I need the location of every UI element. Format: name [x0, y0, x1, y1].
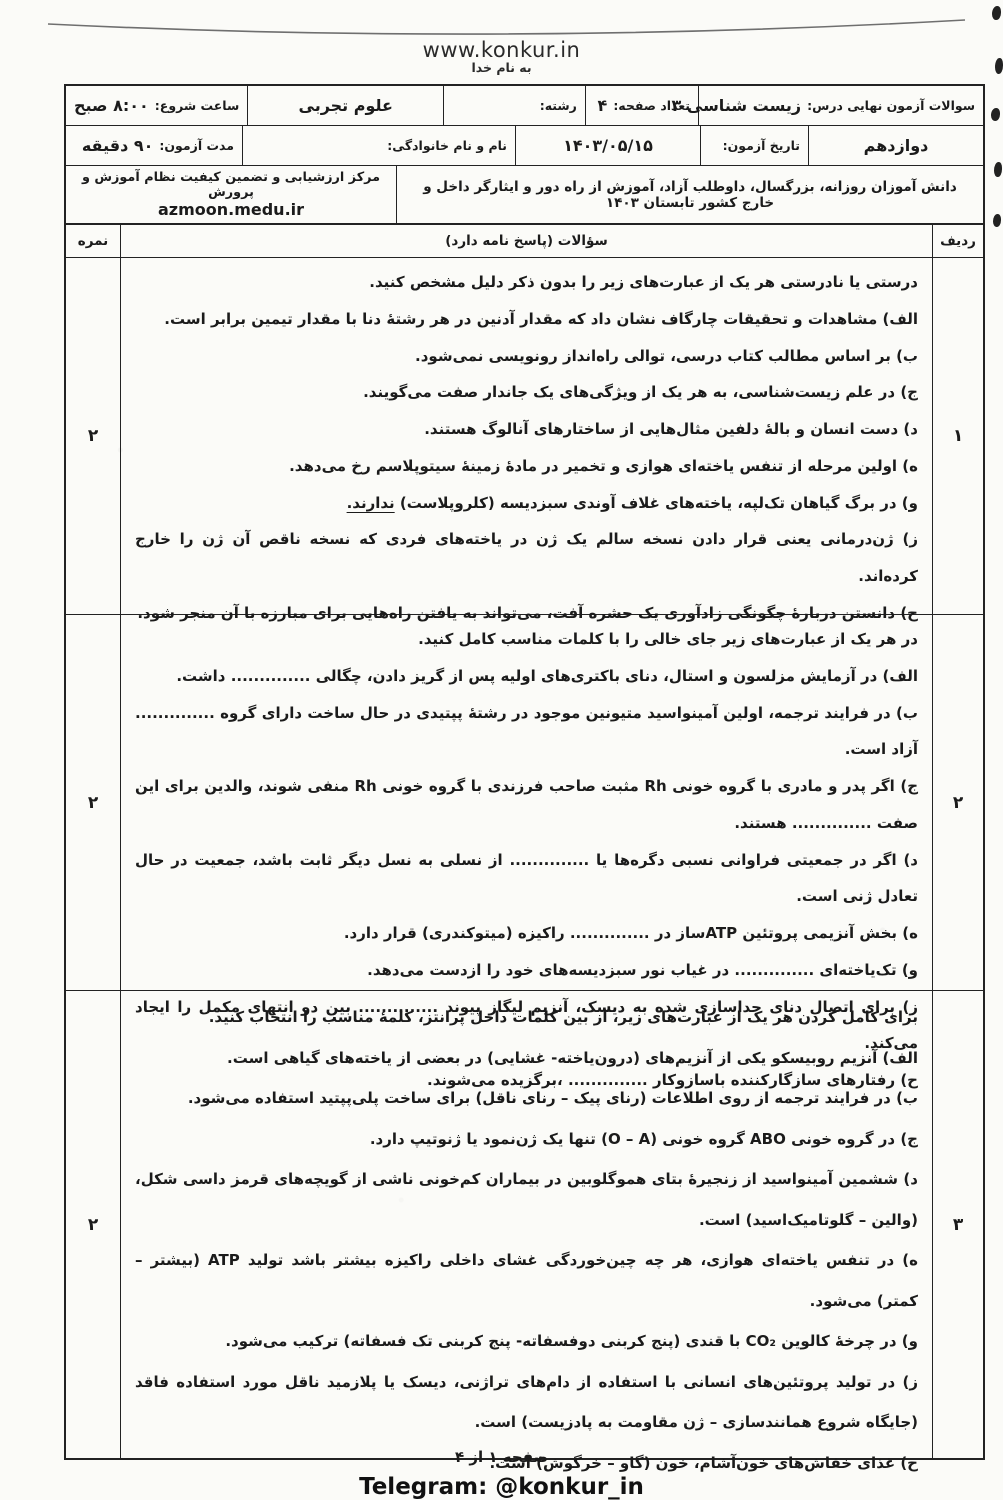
major-label: رشته: — [540, 98, 577, 113]
audience-text: دانش آموزان روزانه، بزرگسال، داوطلب آزاد… — [405, 179, 975, 211]
question-1-item-b: ب) بر اساس مطالب کتاب درسی، توالی راه‌ان… — [135, 338, 918, 375]
exam-date-label: تاریخ آزمون: — [723, 138, 800, 153]
exam-date-value-cell: ۱۴۰۳/۰۵/۱۵ — [515, 126, 700, 165]
exam-title-label: سوالات آزمون نهایی درس: — [807, 98, 975, 113]
pages-count-value: ۴ — [598, 96, 608, 115]
question-1-item-d: د) دست انسان و بالهٔ دلفین مثال‌هایی از … — [135, 411, 918, 448]
question-1-item-c: ج) در علم زیست‌شناسی، به هر یک از ویژگی‌… — [135, 374, 918, 411]
questions-table: ردیف سؤالات (پاسخ نامه دارد) نمره ۱ درست… — [64, 225, 985, 1460]
question-1-item-f-underlined-word: ندارند. — [347, 494, 395, 512]
score-header-cell: نمره — [66, 225, 121, 257]
exam-title-cell: سوالات آزمون نهایی درس: زیست شناسی ۳ — [698, 86, 983, 125]
question-2-score-cell: ۲ — [66, 615, 121, 990]
start-time-cell: ساعت شروع: ۸:۰۰ صبح — [66, 86, 247, 125]
question-3-item-e: ه) در تنفس یاخته‌ای هوازی، هر چه چین‌خور… — [135, 1240, 918, 1321]
question-1-item-a: الف) مشاهدات و تحقیقات چارگاف نشان داد ک… — [135, 301, 918, 338]
row-number-header: ردیف — [940, 233, 976, 249]
duration-label: مدت آزمون: — [159, 138, 234, 153]
question-3-item-g: ز) در تولید پروتئین‌های انسانی با استفاد… — [135, 1362, 918, 1443]
exam-date-value: ۱۴۰۳/۰۵/۱۵ — [563, 136, 653, 155]
question-row-1: ۱ درستی یا نادرستی هر یک از عبارت‌های زی… — [66, 258, 983, 615]
questions-header-cell: سؤالات (پاسخ نامه دارد) — [121, 225, 932, 257]
scan-edge-mark — [994, 162, 1002, 177]
duration-cell: مدت آزمون: ۹۰ دقیقه — [66, 126, 242, 165]
row-number-header-cell: ردیف — [932, 225, 983, 257]
score-header: نمره — [78, 233, 109, 249]
start-time-value: ۸:۰۰ صبح — [74, 96, 149, 115]
questions-table-header: ردیف سؤالات (پاسخ نامه دارد) نمره — [66, 225, 983, 258]
exam-sheet: سوالات آزمون نهایی درس: زیست شناسی ۳ تعد… — [64, 84, 985, 1460]
page-number: صفحه ۱ از ۴ — [0, 1448, 1003, 1466]
student-name-cell: نام و نام خانوادگی: — [242, 126, 515, 165]
header-row-1: سوالات آزمون نهایی درس: زیست شناسی ۳ تعد… — [66, 86, 983, 126]
exam-header-table: سوالات آزمون نهایی درس: زیست شناسی ۳ تعد… — [64, 84, 985, 225]
major-value-cell: علوم تجربی — [247, 86, 443, 125]
question-3-item-b: ب) در فرایند ترجمه از روی اطلاعات (رنای … — [135, 1078, 918, 1119]
major-value: علوم تجربی — [299, 96, 393, 115]
question-3-score-cell: ۲ — [66, 991, 121, 1458]
konkur-watermark: www.konkur.in — [0, 38, 1003, 62]
question-2-item-f: و) تک‌یاخته‌ای .............. در غیاب نو… — [135, 952, 918, 989]
question-3-body: برای کامل کردن هر یک از عبارت‌های زیر، ا… — [121, 991, 932, 1458]
grade-cell: دوازدهم — [808, 126, 983, 165]
question-1-item-f-text: و) در برگ گیاهان تک‌لپه، یاخته‌های غلاف … — [395, 494, 918, 512]
question-3-intro: برای کامل کردن هر یک از عبارت‌های زیر، ا… — [135, 997, 918, 1038]
scan-edge-mark — [993, 214, 1001, 227]
question-2-item-c: ج) اگر پدر و مادری با گروه خونی Rh مثبت … — [135, 768, 918, 842]
question-1-score: ۲ — [88, 426, 98, 446]
question-3-item-f: و) در چرخهٔ کالوین CO₂ با قندی (پنج کربن… — [135, 1321, 918, 1362]
question-2-item-b: ب) در فرایند ترجمه، اولین آمینواسید متیو… — [135, 695, 918, 769]
questions-header: سؤالات (پاسخ نامه دارد) — [445, 233, 608, 249]
grade-value: دوازدهم — [864, 136, 929, 155]
audience-cell: دانش آموزان روزانه، بزرگسال، داوطلب آزاد… — [396, 166, 983, 223]
question-3-item-a: الف) آنزیم روبیسکو یکی از آنزیم‌های (درو… — [135, 1038, 918, 1079]
question-2-body: در هر یک از عبارت‌های زیر جای خالی را با… — [121, 615, 932, 990]
exam-date-label-cell: تاریخ آزمون: — [700, 126, 808, 165]
start-time-label: ساعت شروع: — [155, 98, 240, 113]
question-2-intro: در هر یک از عبارت‌های زیر جای خالی را با… — [135, 621, 918, 658]
question-1-score-cell: ۲ — [66, 258, 121, 614]
question-3-item-d: د) ششمین آمینواسید از زنجیرهٔ بتای هموگل… — [135, 1159, 918, 1240]
question-2-number: ۲ — [953, 793, 963, 813]
question-1-item-g: ز) ژن‌درمانی یعنی قرار دادن نسخه سالم یک… — [135, 521, 918, 595]
question-1-number-cell: ۱ — [932, 258, 983, 614]
question-row-2: ۲ در هر یک از عبارت‌های زیر جای خالی را … — [66, 615, 983, 991]
question-1-body: درستی یا نادرستی هر یک از عبارت‌های زیر … — [121, 258, 932, 614]
question-3-number-cell: ۳ — [932, 991, 983, 1458]
pages-count-label: تعداد صفحه: — [613, 98, 690, 113]
major-label-cell: رشته: — [443, 86, 585, 125]
scan-edge-mark — [991, 108, 1000, 121]
assessment-center-cell: مرکز ارزشیابی و تضمین کیفیت نظام آموزش و… — [66, 166, 396, 223]
header-row-3: دانش آموزان روزانه، بزرگسال، داوطلب آزاد… — [66, 166, 983, 223]
question-2-item-a: الف) در آزمایش مزلسون و استال، دنای باکت… — [135, 658, 918, 695]
duration-value: ۹۰ دقیقه — [82, 136, 154, 155]
question-3-number: ۳ — [953, 1215, 963, 1235]
question-1-intro: درستی یا نادرستی هر یک از عبارت‌های زیر … — [135, 264, 918, 301]
question-3-item-c: ج) در گروه خونی ABO گروه خونی (O – A) تن… — [135, 1119, 918, 1160]
assessment-center-url: azmoon.medu.ir — [158, 200, 304, 219]
assessment-center-name: مرکز ارزشیابی و تضمین کیفیت نظام آموزش و… — [74, 170, 388, 200]
telegram-handle: Telegram: @konkur_in — [0, 1474, 1003, 1500]
question-3-score: ۲ — [88, 1215, 98, 1235]
bismillah-text: به نام خدا — [0, 60, 1003, 75]
header-row-2: دوازدهم تاریخ آزمون: ۱۴۰۳/۰۵/۱۵ نام و نا… — [66, 126, 983, 166]
question-1-item-e: ه) اولین مرحله از تنفس یاخته‌ای هوازی و … — [135, 448, 918, 485]
question-2-number-cell: ۲ — [932, 615, 983, 990]
question-row-3: ۳ برای کامل کردن هر یک از عبارت‌های زیر،… — [66, 991, 983, 1458]
question-2-item-d: د) اگر در جمعیتی فراوانی نسبی دگره‌ها یا… — [135, 842, 918, 916]
question-1-item-f: و) در برگ گیاهان تک‌لپه، یاخته‌های غلاف … — [135, 485, 918, 522]
student-name-label: نام و نام خانوادگی: — [387, 138, 507, 153]
pages-count-cell: تعداد صفحه: ۴ — [585, 86, 698, 125]
question-2-score: ۲ — [88, 793, 98, 813]
question-1-number: ۱ — [953, 426, 963, 446]
question-2-item-e: ه) بخش آنزیمی پروتئین ATP‌ساز در .......… — [135, 915, 918, 952]
